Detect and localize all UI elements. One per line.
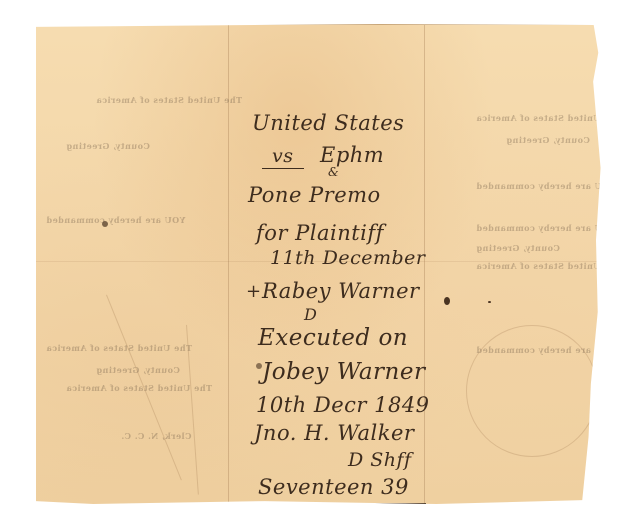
printed-bleed-text: The United States of America (476, 113, 622, 123)
printed-bleed-text: County, Greeting (506, 135, 590, 145)
handwritten-line: 11th December (270, 247, 425, 269)
printed-bleed-text: County, Greeting (66, 141, 150, 151)
handwritten-line: vs (272, 145, 293, 167)
printed-bleed-text: The United States of America (46, 343, 192, 353)
printed-bleed-text: The United States of America (476, 261, 622, 271)
handwritten-line: + (246, 281, 262, 302)
printed-bleed-text: County, Greeting (96, 365, 180, 375)
handwritten-line: Executed on (258, 325, 408, 351)
handwritten-line: Pone Premo (248, 183, 381, 207)
printed-bleed-text: YOU are hereby commanded (476, 345, 615, 355)
handwritten-line: & (328, 165, 339, 179)
ink-stain (444, 297, 450, 305)
printed-bleed-text: The United States of America (96, 95, 242, 105)
printed-bleed-text: YOU are hereby commanded (476, 181, 615, 191)
handwritten-line: Seventeen 39 (258, 475, 409, 499)
handwritten-line: D (304, 305, 317, 324)
underline-stroke (366, 503, 426, 504)
printed-bleed-text: YOU are hereby commanded (476, 223, 615, 233)
handwritten-line: for Plaintiff (256, 221, 384, 245)
printed-bleed-text: YOU are hereby commanded (46, 215, 185, 225)
document-paper: The United States of America The United … (36, 24, 608, 504)
handwritten-line: Jno. H. Walker (254, 421, 414, 445)
handwritten-line: Rabey Warner (262, 279, 420, 303)
handwritten-line: Jobey Warner (262, 359, 425, 385)
handwritten-line: 10th Decr 1849 (256, 393, 430, 417)
ink-stain (102, 221, 108, 227)
printed-bleed-text: The United States of America (66, 383, 212, 393)
handwritten-line: United States (252, 111, 404, 135)
handwritten-line: Ephm (320, 143, 384, 167)
ink-stain (488, 301, 491, 303)
printed-bleed-text: County, Greeting (476, 243, 560, 253)
handwritten-line: D Shff (348, 449, 412, 471)
printed-bleed-text: Clerk, N. C. C. (121, 431, 192, 441)
underline-stroke (262, 168, 304, 169)
